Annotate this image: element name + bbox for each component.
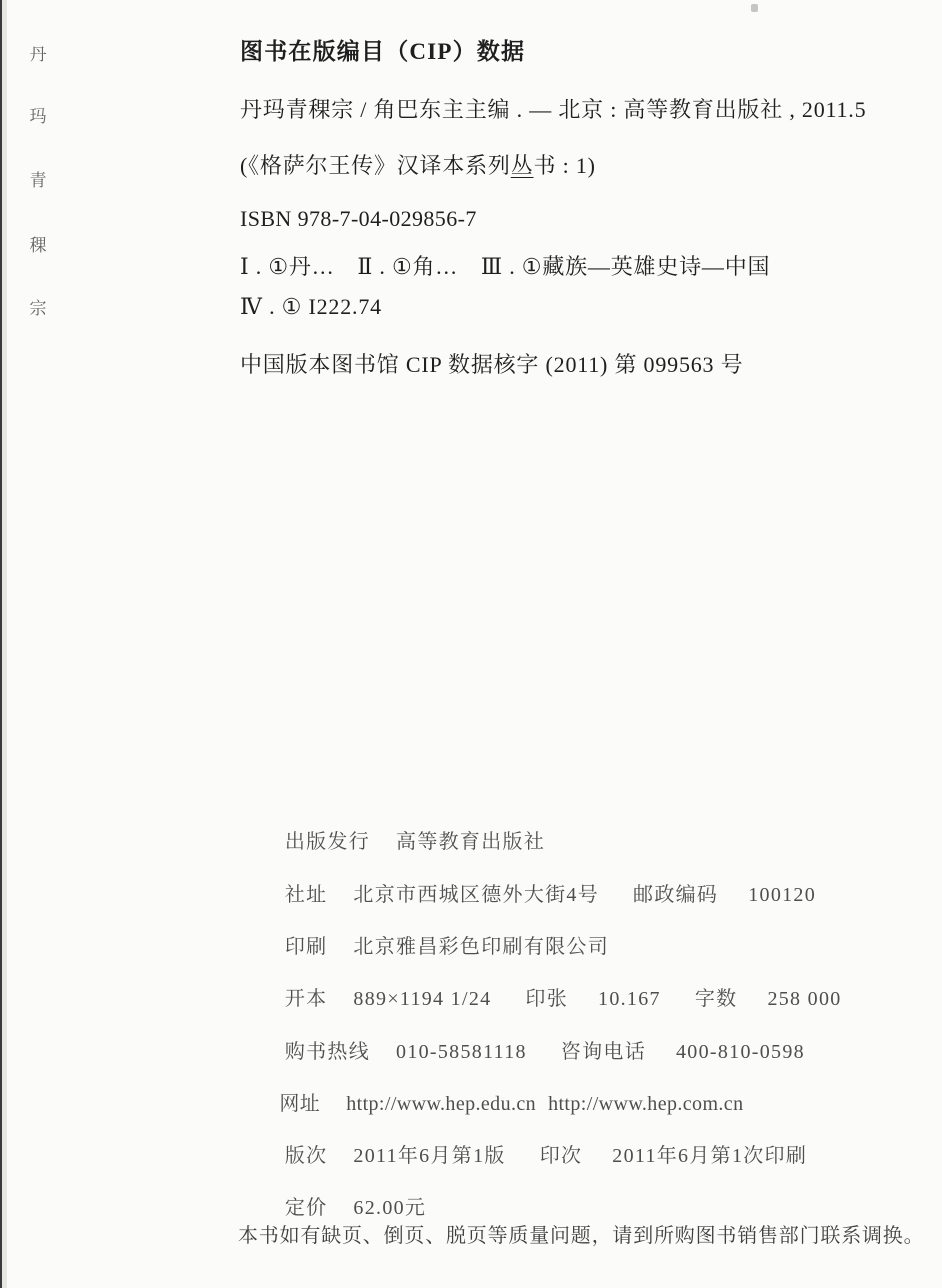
row-value: 高等教育出版社 bbox=[396, 831, 545, 853]
row-value: 北京市西城区德外大街4号 bbox=[353, 884, 599, 906]
row-label: 网址 bbox=[279, 1093, 320, 1115]
row-label: 购书热线 bbox=[285, 1041, 370, 1063]
spine-char: 宗 bbox=[26, 294, 50, 319]
row-label: 字数 bbox=[695, 988, 738, 1010]
row-label: 咨询电话 bbox=[561, 1041, 646, 1063]
spine-char: 稞 bbox=[26, 231, 50, 256]
row-value: 010-58581118 bbox=[396, 1041, 527, 1063]
website-url-2: http://www.hep.com.cn bbox=[548, 1093, 743, 1115]
cip-series-line: (《格萨尔王传》汉译本系列丛书 : 1) bbox=[240, 149, 596, 180]
website-url-1: http://www.hep.edu.cn bbox=[346, 1093, 536, 1115]
scan-artifact-dot bbox=[751, 4, 758, 12]
row-label: 印张 bbox=[525, 988, 568, 1010]
row-value: 258 000 bbox=[767, 988, 841, 1010]
row-value: 10.167 bbox=[598, 988, 661, 1010]
row-label: 社址 bbox=[285, 884, 328, 906]
cip-classification-line-1: Ⅰ . ①丹… Ⅱ . ①角… Ⅲ . ①藏族—英雄史诗—中国 bbox=[240, 250, 770, 281]
cip-title-statement-line: 丹玛青稞宗 / 角巴东主主编 . — 北京 : 高等教育出版社 , 2011.5 bbox=[240, 93, 866, 124]
row-value: 889×1194 1/24 bbox=[353, 988, 491, 1010]
series-text-post: 书 : 1) bbox=[534, 153, 596, 178]
isbn-line: ISBN 978-7-04-029856-7 bbox=[240, 206, 477, 232]
row-label: 版次 bbox=[285, 1145, 328, 1167]
row-value: 100120 bbox=[748, 884, 816, 906]
quality-notice: 本书如有缺页、倒页、脱页等质量问题，请到所购图书销售部门联系调换。 bbox=[238, 1219, 924, 1248]
series-text-underlined: 丛 bbox=[511, 153, 534, 178]
spine-char: 玛 bbox=[26, 102, 50, 127]
scan-edge-gutter bbox=[2, 0, 7, 1288]
spine-char: 丹 bbox=[26, 40, 50, 65]
row-label: 印刷 bbox=[285, 936, 328, 958]
row-value: 2011年6月第1次印刷 bbox=[612, 1145, 807, 1167]
row-label: 印次 bbox=[540, 1145, 583, 1167]
row-label: 邮政编码 bbox=[633, 884, 718, 906]
cip-record-number-line: 中国版本图书馆 CIP 数据核字 (2011) 第 099563 号 bbox=[240, 348, 743, 379]
cip-heading: 图书在版编目（CIP）数据 bbox=[240, 33, 525, 66]
row-label: 定价 bbox=[285, 1197, 328, 1219]
row-value: 62.00元 bbox=[353, 1197, 426, 1219]
row-label: 开本 bbox=[285, 988, 328, 1010]
row-value: 2011年6月第1版 bbox=[353, 1145, 505, 1167]
book-copyright-page: 丹 玛 青 稞 宗 图书在版编目（CIP）数据 丹玛青稞宗 / 角巴东主主编 .… bbox=[0, 0, 942, 1288]
row-label: 出版发行 bbox=[285, 831, 370, 853]
series-text-pre: (《格萨尔王传》汉译本系列 bbox=[240, 153, 511, 178]
cip-classification-line-2: Ⅳ . ① I222.74 bbox=[240, 294, 382, 320]
row-value: 北京雅昌彩色印刷有限公司 bbox=[353, 936, 609, 958]
row-value: 400-810-0598 bbox=[676, 1041, 805, 1063]
spine-char: 青 bbox=[26, 166, 50, 191]
